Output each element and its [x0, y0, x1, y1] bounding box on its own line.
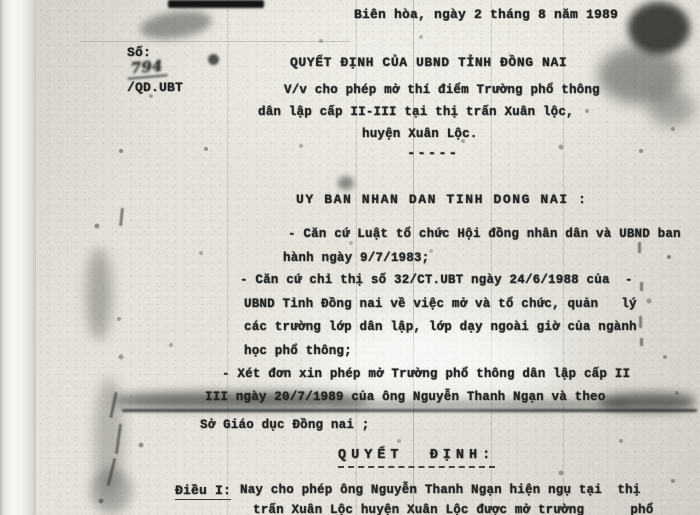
handwritten-number: 794	[126, 56, 168, 79]
issuing-body-line: UY BAN NHAN DAN TINH DONG NAI :	[296, 192, 587, 207]
number-suffix: /QD.UBT	[127, 80, 183, 95]
fold-line	[563, 0, 564, 515]
grounds-line: hành ngày 9/7/1983;	[283, 251, 429, 265]
page-edge	[0, 0, 40, 515]
grounds-line: - Xét đơn xin phép mở Trường phổ thông d…	[222, 367, 630, 381]
article-1-line: Nay cho phép ông Nguyễn Thanh Ngạn hiện …	[240, 483, 640, 497]
fold-tick	[640, 282, 643, 291]
fold-tick	[638, 242, 641, 253]
fold-tick	[640, 338, 643, 346]
cropped-header-ink-bar	[168, 0, 264, 8]
grounds-line: học phổ thông;	[244, 344, 352, 358]
grounds-line: UBND Tỉnh Đồng nai về việc mở và tổ chức…	[244, 297, 637, 311]
separator-dashes: -----	[407, 146, 459, 162]
decision-heading: QUYẾT ĐỊNH:	[338, 448, 495, 468]
article-1-line: trấn Xuân Lộc huyện Xuân Lộc được mở trư…	[253, 503, 653, 515]
place-date-line: Biên hòa, ngày 2 tháng 8 năm 1989	[354, 7, 618, 22]
grounds-line: - Căn cứ Luật tổ chức Hội đồng nhân dân …	[288, 227, 681, 241]
grounds-line: - Căn cứ chỉ thị số 32/CT.UBT ngày 24/6/…	[240, 273, 633, 287]
paper-specks	[0, 0, 2, 2]
document-number-line: Số: 794 /QD.UBT	[95, 30, 183, 110]
grounds-line: các trường lớp dân lập, lớp dạy ngoài gi…	[244, 320, 637, 334]
crease-ink-line	[122, 409, 697, 412]
subject-line: dân lập cấp II-III tại thị trấn Xuân lộc…	[258, 105, 574, 119]
fold-line	[227, 0, 228, 515]
ink-dot	[338, 176, 354, 190]
fold-tick	[639, 316, 642, 328]
article-1-label: Điều I:	[175, 483, 231, 500]
margin-stain	[86, 248, 112, 340]
document-title: QUYẾT ĐỊNH CỦA UBND TỈNH ĐỒNG NAI	[290, 55, 567, 70]
ink-blot	[648, 90, 694, 126]
fold-line	[491, 0, 492, 515]
ink-dot	[208, 54, 219, 65]
grounds-line: III ngày 20/7/1989 của ông Nguyễn Thanh …	[205, 390, 605, 404]
subject-line: huyện Xuân Lộc.	[362, 127, 478, 141]
subject-line: V/v cho phép mở thí điểm Trường phổ thôn…	[284, 83, 600, 97]
grounds-line: Sở Giáo dục Đồng nai ;	[200, 418, 369, 432]
document-photo: Biên hòa, ngày 2 tháng 8 năm 1989 Số: 79…	[0, 0, 700, 515]
